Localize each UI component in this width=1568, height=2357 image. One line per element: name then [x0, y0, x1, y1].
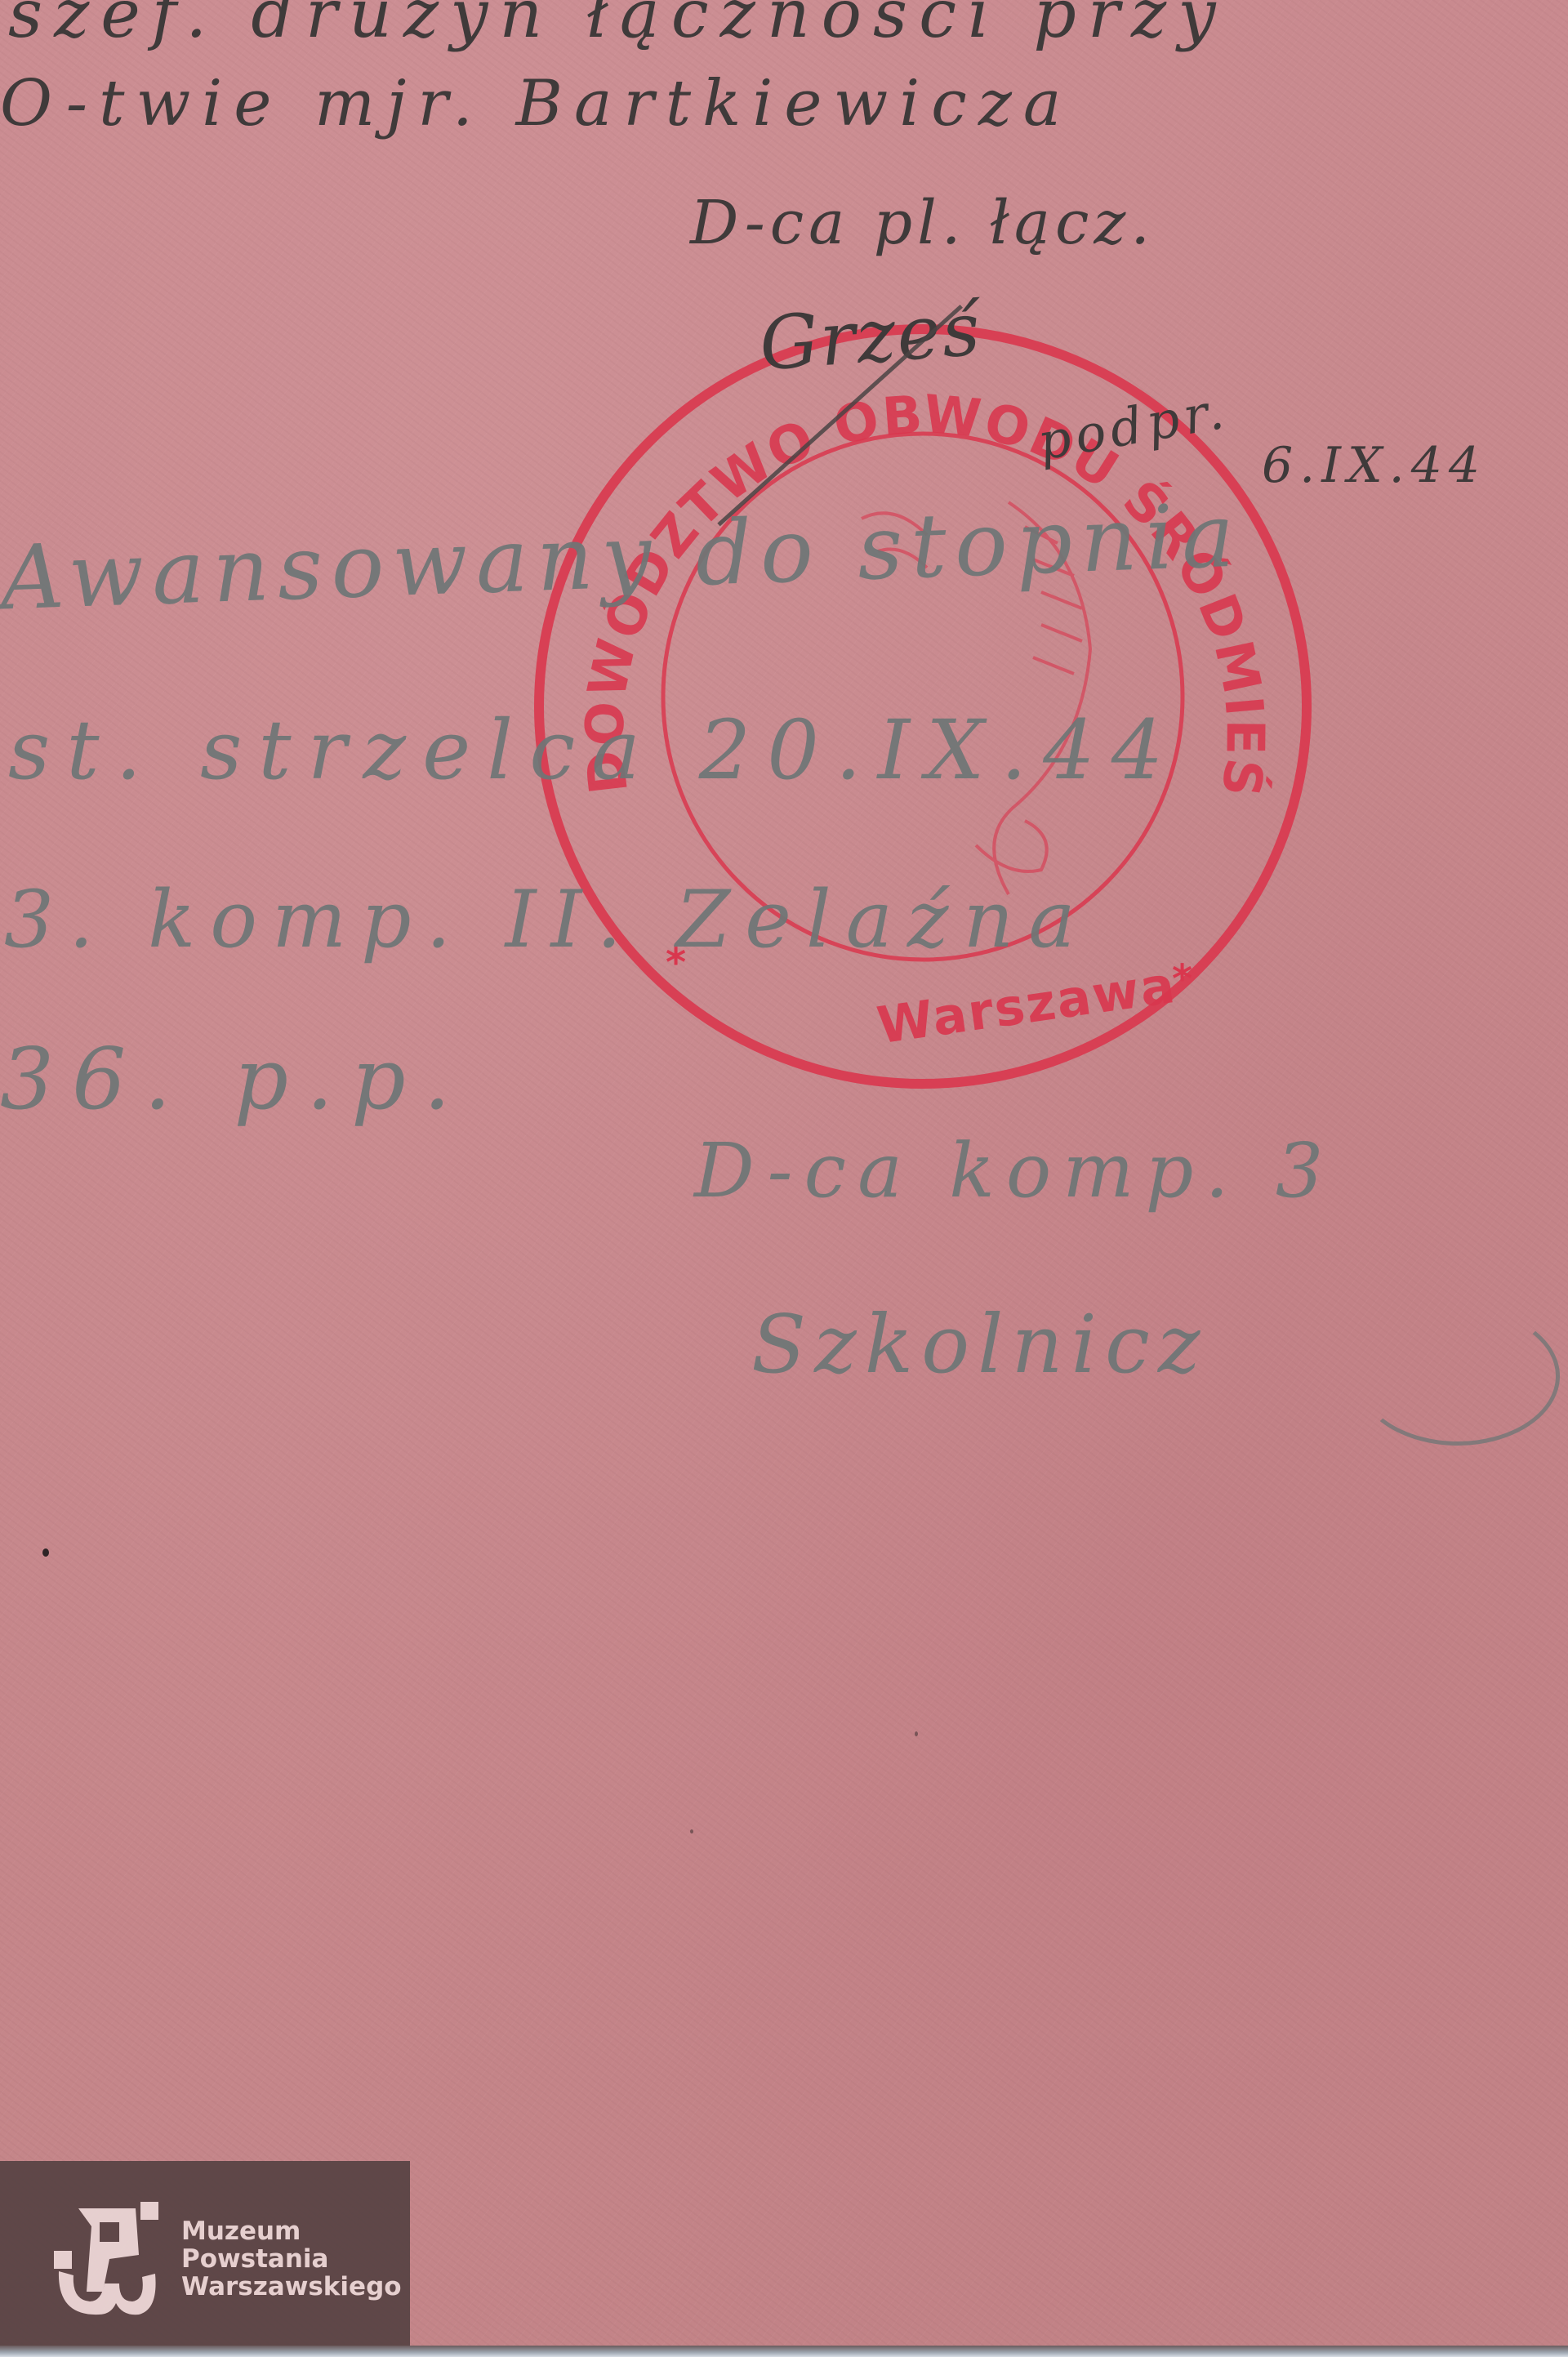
typed-line-2: O-twie mjr. Bartkiewicza [0, 67, 1072, 140]
pencil-note-line-3: 3. komp. II. Zelaźna [4, 874, 1090, 965]
museum-name-line-2: Powstania [181, 2245, 402, 2273]
stamp-city: Warszawa [874, 955, 1180, 1056]
document-scan: szef. drużyn łączności przy O-twie mjr. … [0, 0, 1568, 2357]
pencil-note-line-4: 36. p.p. [0, 1029, 469, 1129]
paper-speck [690, 1829, 693, 1833]
paper-speck [915, 1731, 918, 1736]
pencil-signature-title: D-ca komp. 3 [694, 1127, 1334, 1214]
museum-name-line-3: Warszawskiego [181, 2273, 402, 2301]
pencil-note-line-1: Awansowany do stopnia [0, 484, 1244, 630]
typed-line-3: D-ca pl. łącz. [690, 188, 1155, 258]
museum-watermark: Muzeum Powstania Warszawskiego [0, 2161, 410, 2357]
museum-name-line-1: Muzeum [181, 2217, 402, 2245]
pencil-note-line-2: st. strzelca 20.IX.44 [8, 702, 1179, 798]
museum-name: Muzeum Powstania Warszawskiego [181, 2217, 402, 2301]
stamp-star-right: * [1172, 956, 1194, 1002]
kotwica-anchor-icon [54, 2202, 160, 2316]
scan-bottom-edge [0, 2346, 1568, 2357]
signature-date: 6.IX.44 [1262, 437, 1486, 494]
pencil-signature-flourish [1356, 1307, 1560, 1446]
signature-top: Grześ [757, 287, 984, 388]
signature-rank: podpr. [1033, 380, 1232, 472]
pencil-signature-name: Szkolnicz [751, 1299, 1208, 1392]
paper-speck [42, 1548, 49, 1557]
typed-line-1: szef. drużyn łączności przy [8, 0, 1227, 53]
